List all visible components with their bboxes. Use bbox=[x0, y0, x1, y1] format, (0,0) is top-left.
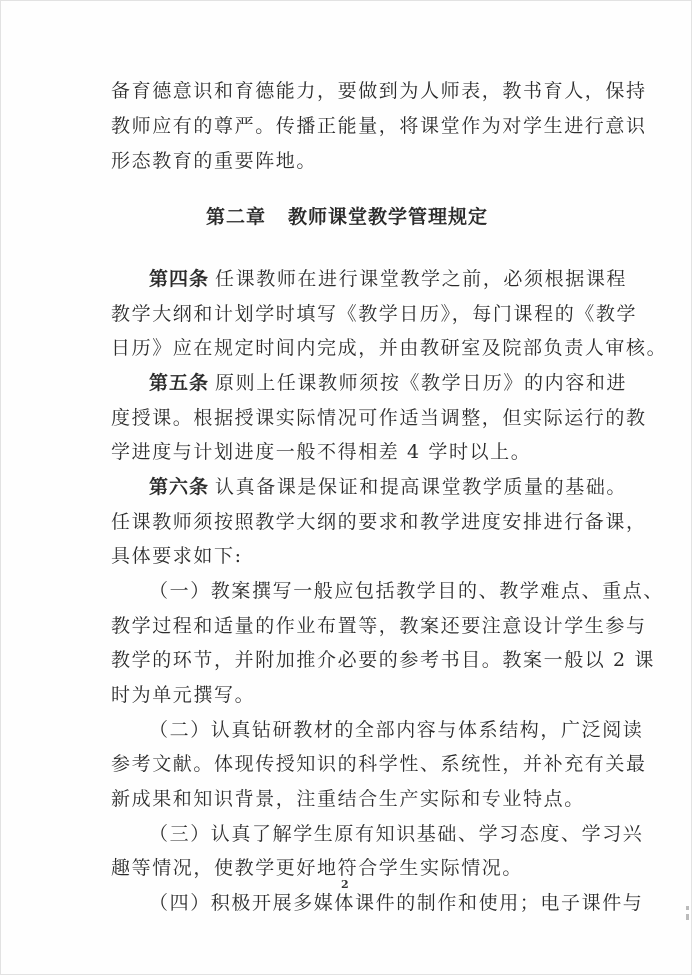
article-5-line-1: 第五条原则上任课教师须按《教学日历》的内容和进 bbox=[149, 371, 589, 395]
chapter-heading: 第二章教师课堂教学管理规定 bbox=[1, 202, 692, 229]
article-5-line-3: 学进度与计划进度一般不得相差 4 学时以上。 bbox=[111, 440, 589, 464]
article-6-line-2: 任课教师须按照教学大纲的要求和教学进度安排进行备课， bbox=[111, 510, 589, 534]
item-3-line-2: 趣等情况，使教学更好地符合学生实际情况。 bbox=[111, 856, 589, 880]
chapter-number: 第二章 bbox=[206, 206, 266, 228]
article-6-label: 第六条 bbox=[149, 476, 209, 498]
article-5-line-2: 度授课。根据授课实际情况可作适当调整，但实际运行的教 bbox=[111, 406, 589, 430]
item-1-line-3: 教学的环节，并附加推介必要的参考书目。教案一般以 2 课 bbox=[111, 648, 589, 672]
article-4-label: 第四条 bbox=[149, 268, 209, 290]
item-1-line-2: 教学过程和适量的作业布置等，教案还要注意设计学生参与 bbox=[111, 614, 589, 638]
intro-line-2: 教师应有的尊严。传播正能量，将课堂作为对学生进行意识 bbox=[111, 114, 589, 138]
item-2-line-3: 新成果和知识背景，注重结合生产实际和专业特点。 bbox=[111, 787, 589, 811]
item-2-line-2: 参考文献。体现传授知识的科学性、系统性，并补充有关最 bbox=[111, 752, 589, 776]
item-4-line-1: （四）积极开展多媒体课件的制作和使用；电子课件与 bbox=[149, 891, 589, 915]
intro-line-1: 备育德意识和育德能力，要做到为人师表，教书育人，保持 bbox=[111, 79, 589, 103]
article-4-line-2: 教学大纲和计划学时填写《教学日历》，每门课程的《教学 bbox=[111, 302, 589, 326]
article-6-line-3: 具体要求如下: bbox=[111, 544, 589, 568]
page-number: 2 bbox=[341, 878, 349, 891]
item-3-line-1: （三）认真了解学生原有知识基础、学习态度、学习兴 bbox=[149, 822, 589, 846]
intro-line-3: 形态教育的重要阵地。 bbox=[111, 149, 589, 173]
article-6-line-1: 第六条认真备课是保证和提高课堂教学质量的基础。 bbox=[149, 475, 589, 499]
scan-artifact bbox=[686, 914, 689, 920]
document-page: 备育德意识和育德能力，要做到为人师表，教书育人，保持 教师应有的尊严。传播正能量… bbox=[0, 0, 692, 975]
scan-artifact bbox=[686, 906, 689, 910]
item-2-line-1: （二）认真钻研教材的全部内容与体系结构，广泛阅读 bbox=[149, 718, 589, 742]
chapter-title: 教师课堂教学管理规定 bbox=[288, 206, 488, 228]
item-1-line-1: （一）教案撰写一般应包括教学目的、教学难点、重点、 bbox=[149, 579, 589, 603]
article-4-line-1: 第四条任课教师在进行课堂教学之前，必须根据课程 bbox=[149, 267, 589, 291]
article-4-line-3: 日历》应在规定时间内完成，并由教研室及院部负责人审核。 bbox=[111, 336, 589, 360]
item-1-line-4: 时为单元撰写。 bbox=[111, 683, 589, 707]
article-5-label: 第五条 bbox=[149, 372, 209, 394]
